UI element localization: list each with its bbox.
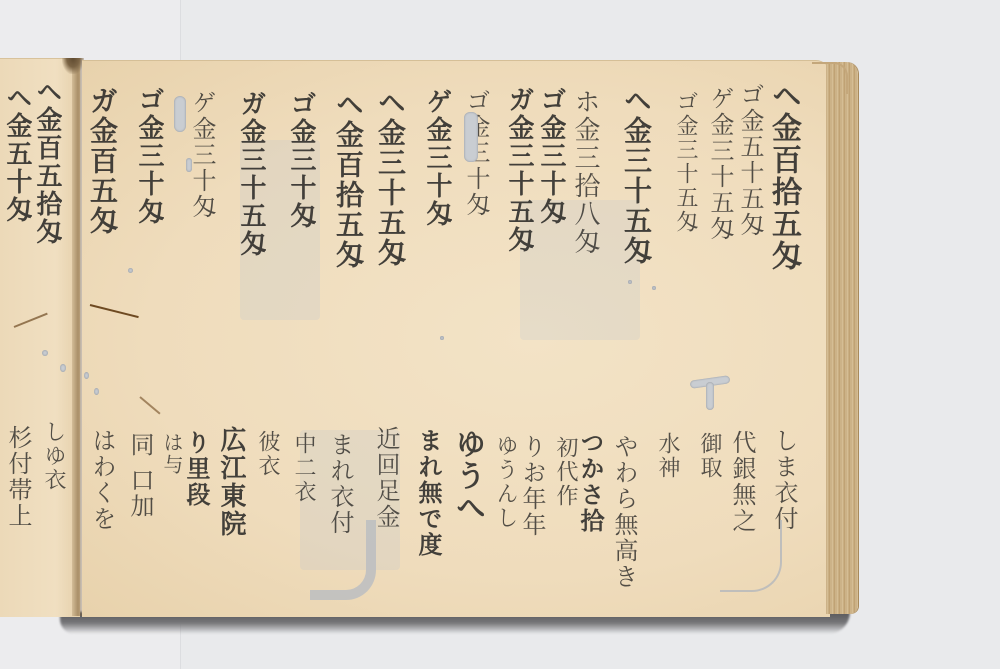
left-lower-column: 杉付帯上 — [6, 425, 30, 529]
column-head: ゴ — [286, 90, 316, 118]
wormhole — [186, 158, 192, 172]
column-body: 金三十匁 — [422, 116, 452, 228]
column-head: ホ — [570, 88, 600, 116]
upper-column: ガ金百五匁 — [88, 86, 116, 236]
column-head: ゴ — [134, 86, 164, 114]
wormhole — [174, 96, 186, 132]
column-body: 金三十匁 — [134, 114, 164, 226]
column-head: ゴ — [673, 90, 698, 114]
column-head: ヘ — [32, 78, 62, 106]
upper-column: ゴ金三十匁 — [538, 86, 564, 226]
column-body: 金百五拾匁 — [32, 106, 62, 246]
lower-column: やわら無高き — [612, 434, 636, 590]
upper-column: ゴ金三十匁 — [288, 90, 314, 230]
lower-column: ゆうへ — [452, 428, 482, 524]
wormhole — [60, 364, 66, 372]
lower-column: 水神 — [656, 432, 678, 480]
column-head: ヘ — [620, 86, 653, 116]
upper-column: ゴ金五十五匁 — [738, 82, 762, 238]
column-body: 金三十五匁 — [673, 114, 698, 234]
column-body: 金三拾八匁 — [570, 116, 600, 256]
gutter-top-shadow — [62, 58, 84, 74]
upper-column: ゲ金三十匁 — [190, 90, 214, 220]
upper-column: ガ金三十五匁 — [506, 86, 532, 254]
upper-column: ゴ金三十匁 — [136, 86, 162, 226]
column-head: ヘ — [2, 84, 32, 112]
column-body: 金三十五匁 — [236, 118, 266, 258]
upper-column: ヘ金三十五匁 — [622, 86, 650, 266]
wormhole — [628, 280, 632, 284]
column-body: 金百拾五匁 — [766, 112, 801, 272]
column-body: 金三十五匁 — [504, 114, 534, 254]
wormhole — [84, 372, 89, 379]
wormhole — [42, 350, 48, 356]
lower-column: しま衣付 — [772, 428, 796, 532]
upper-column: ゲ金三十匁 — [424, 88, 450, 228]
left-upper-column: ヘ金百五拾匁 — [34, 78, 60, 246]
left-upper-column: ヘ金五十匁 — [4, 84, 30, 224]
lower-column: り里段 — [184, 430, 208, 508]
column-head: ガ — [86, 86, 119, 116]
column-head: ゲ — [706, 86, 734, 112]
lower-column: 代銀無之 — [730, 430, 754, 534]
wormhole — [94, 388, 99, 395]
lower-column: まれ無で度 — [416, 428, 440, 558]
column-body: 金五十匁 — [2, 112, 32, 224]
lower-column: 彼衣 — [256, 430, 278, 478]
lower-column: 広江東院 — [218, 426, 244, 538]
column-body: 金三十五匁 — [374, 118, 407, 268]
wormhole — [464, 112, 478, 162]
lower-column: は与 — [162, 432, 182, 476]
upper-column: ゴ金三十五匁 — [674, 90, 696, 234]
upper-column: ヘ金百拾五匁 — [334, 90, 362, 270]
column-body: 金百五匁 — [86, 116, 119, 236]
column-body: 金三十匁 — [536, 114, 566, 226]
column-head: ヘ — [766, 80, 801, 112]
upper-column: ヘ金百拾五匁 — [768, 80, 798, 272]
column-head: ゲ — [422, 88, 452, 116]
upper-column: ガ金三十五匁 — [238, 90, 264, 258]
wormhole — [706, 382, 714, 410]
water-damage — [720, 520, 782, 592]
lower-column: ゆうんし — [494, 434, 516, 530]
lower-column: はわくを — [90, 428, 114, 532]
left-lower-column: しゆ衣 — [42, 420, 64, 492]
wormhole — [652, 286, 656, 290]
upper-column: ホ金三拾八匁 — [572, 88, 598, 256]
water-damage — [310, 520, 376, 600]
wormhole — [128, 268, 133, 273]
column-head: ゲ — [188, 90, 216, 116]
page-corner — [812, 62, 848, 94]
column-head: ゴ — [462, 88, 490, 114]
wormhole — [440, 336, 444, 340]
column-head: ガ — [504, 86, 534, 114]
column-head: ゴ — [736, 82, 764, 108]
column-body: 金百拾五匁 — [332, 120, 365, 270]
upper-column: ゲ金三十五匁 — [708, 86, 732, 242]
lower-column: つかさ拾 — [578, 430, 602, 534]
column-body: 金三十匁 — [286, 118, 316, 230]
column-head: ヘ — [332, 90, 365, 120]
column-body: 金三十五匁 — [620, 116, 653, 266]
column-head: ヘ — [374, 88, 407, 118]
column-body: 金三十匁 — [188, 116, 216, 220]
page-edge-stack — [826, 62, 858, 614]
column-body: 金三十五匁 — [706, 112, 734, 242]
lower-column: 近回足金 — [374, 426, 398, 530]
column-head: ガ — [236, 90, 266, 118]
lower-column: 中二衣 — [292, 432, 314, 504]
column-body: 金五十五匁 — [736, 108, 764, 238]
lower-column: 御取 — [698, 432, 720, 480]
lower-column: りお年年 — [520, 434, 544, 538]
lower-column: 初代作 — [554, 436, 576, 508]
column-head: ゴ — [536, 86, 566, 114]
lower-column: 同 口加 — [128, 432, 152, 520]
upper-column: ヘ金三十五匁 — [376, 88, 404, 268]
